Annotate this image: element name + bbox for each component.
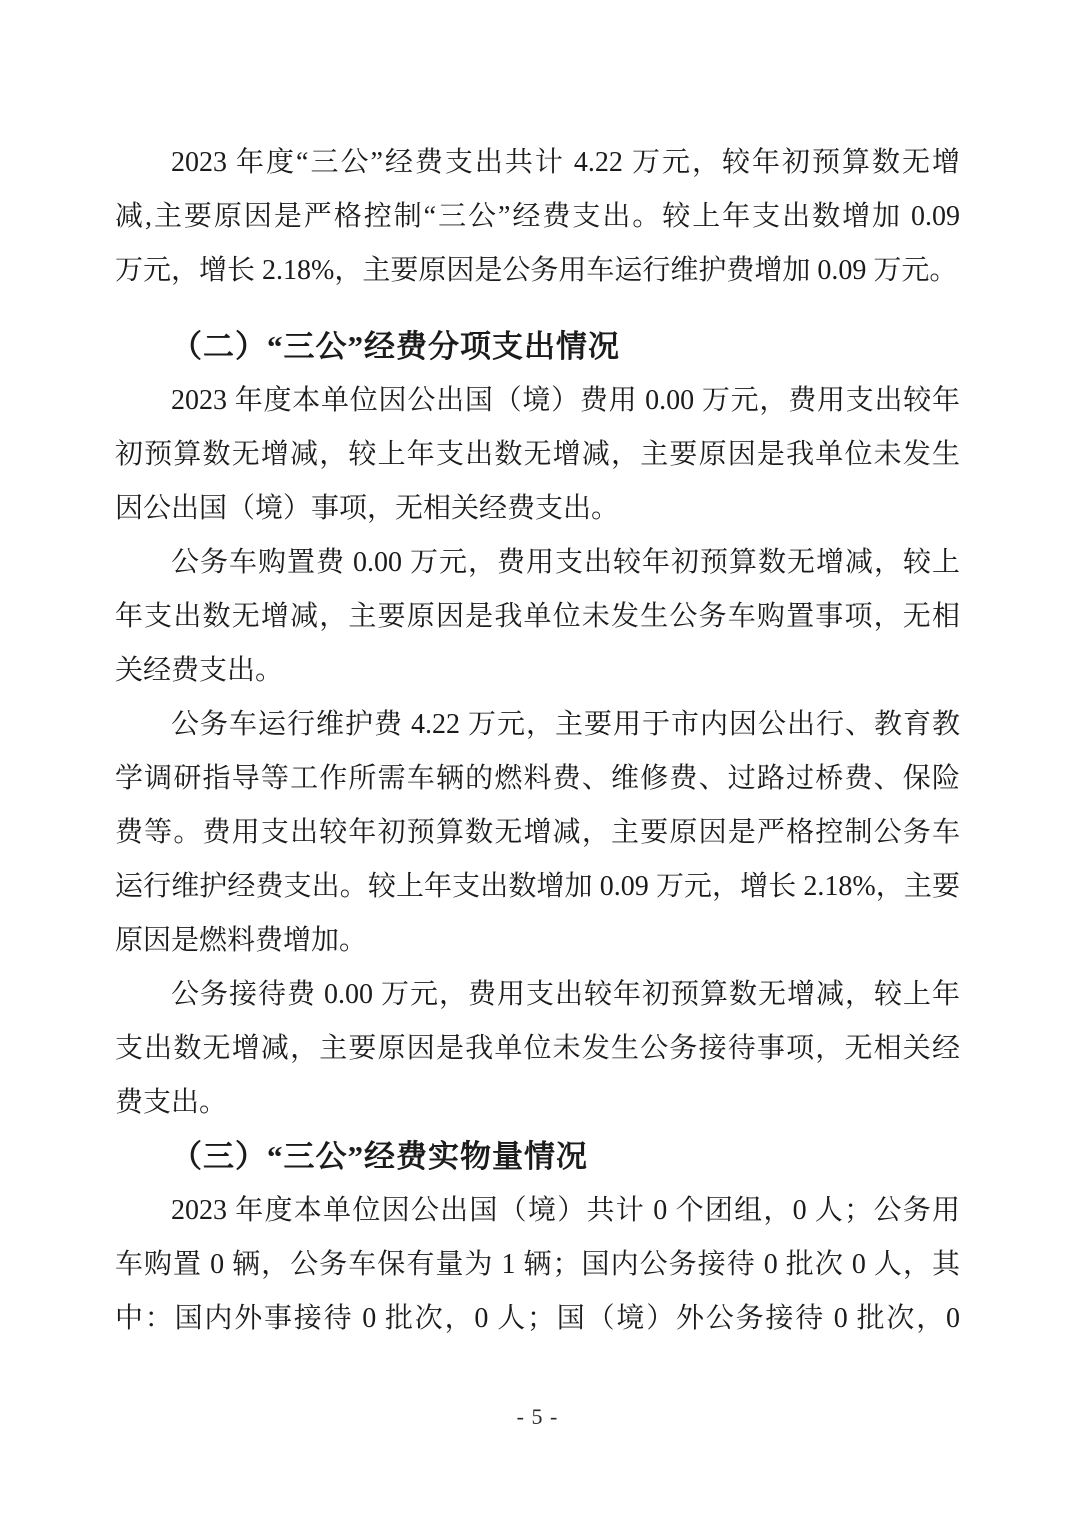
document-body: 2023 年度“三公”经费支出共计 4.22 万元，较年初预算数无增减,主要原因… — [115, 136, 960, 1346]
document-page: 2023 年度“三公”经费支出共计 4.22 万元，较年初预算数无增减,主要原因… — [0, 0, 1075, 1520]
text-line: 公务车运行维护费 4.22 万元，主要用于市内因公出行、教育教 — [115, 698, 960, 752]
text-line: 减,主要原因是严格控制“三公”经费支出。较上年支出数增加 0.09 — [115, 190, 960, 244]
body-paragraph: 2023 年度本单位因公出国（境）费用 0.00 万元，费用支出较年初预算数无增… — [115, 374, 960, 536]
text-line: 公务车购置费 0.00 万元，费用支出较年初预算数无增减，较上 — [115, 536, 960, 590]
text-line: 关经费支出。 — [115, 644, 960, 698]
text-line: 万元，增长 2.18%，主要原因是公务用车运行维护费增加 0.09 万元。 — [115, 244, 960, 298]
text-line: 公务接待费 0.00 万元，费用支出较年初预算数无增减，较上年 — [115, 968, 960, 1022]
text-line: 初预算数无增减，较上年支出数无增减，主要原因是我单位未发生 — [115, 428, 960, 482]
text-line: 年支出数无增减，主要原因是我单位未发生公务车购置事项，无相 — [115, 590, 960, 644]
body-paragraph: 公务车运行维护费 4.22 万元，主要用于市内因公出行、教育教学调研指导等工作所… — [115, 698, 960, 968]
body-paragraph: 2023 年度“三公”经费支出共计 4.22 万元，较年初预算数无增减,主要原因… — [115, 136, 960, 298]
text-line: 2023 年度本单位因公出国（境）费用 0.00 万元，费用支出较年 — [115, 374, 960, 428]
page-number: - 5 - — [517, 1404, 559, 1429]
text-line: 中：国内外事接待 0 批次，0 人；国（境）外公务接待 0 批次，0 人。 — [115, 1292, 960, 1346]
text-line: 学调研指导等工作所需车辆的燃料费、维修费、过路过桥费、保险 — [115, 752, 960, 806]
text-line: 支出数无增减，主要原因是我单位未发生公务接待事项，无相关经 — [115, 1022, 960, 1076]
body-paragraph: 公务车购置费 0.00 万元，费用支出较年初预算数无增减，较上年支出数无增减，主… — [115, 536, 960, 698]
section-heading: （三）“三公”经费实物量情况 — [115, 1130, 960, 1184]
text-line: 因公出国（境）事项，无相关经费支出。 — [115, 482, 960, 536]
text-line: 车购置 0 辆，公务车保有量为 1 辆；国内公务接待 0 批次 0 人，其 — [115, 1238, 960, 1292]
text-line: 费等。费用支出较年初预算数无增减，主要原因是严格控制公务车 — [115, 806, 960, 860]
text-line: 运行维护经费支出。较上年支出数增加 0.09 万元，增长 2.18%，主要 — [115, 860, 960, 914]
text-line: 费支出。 — [115, 1076, 960, 1130]
section-heading: （二）“三公”经费分项支出情况 — [115, 320, 960, 374]
text-line: 2023 年度“三公”经费支出共计 4.22 万元，较年初预算数无增 — [115, 136, 960, 190]
body-paragraph: 2023 年度本单位因公出国（境）共计 0 个团组，0 人；公务用车购置 0 辆… — [115, 1184, 960, 1346]
text-line: 原因是燃料费增加。 — [115, 914, 960, 968]
body-paragraph: 公务接待费 0.00 万元，费用支出较年初预算数无增减，较上年支出数无增减，主要… — [115, 968, 960, 1130]
page-footer: - 5 - — [0, 1402, 1075, 1432]
text-line: 2023 年度本单位因公出国（境）共计 0 个团组，0 人；公务用 — [115, 1184, 960, 1238]
